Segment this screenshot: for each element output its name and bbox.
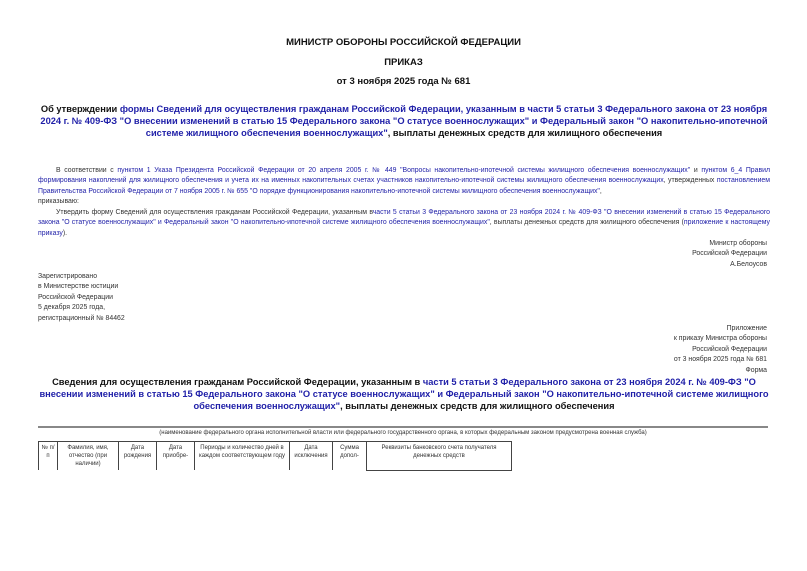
signature-line: Министр обороны xyxy=(692,239,767,249)
appendix-block: Приложение к приказу Министра обороны Ро… xyxy=(674,324,767,376)
signature-line: Российской Федерации xyxy=(692,249,767,259)
table-header-cell: Дата приобре- xyxy=(157,442,195,471)
appendix-line: Приложение xyxy=(674,324,767,334)
approve-text: , выплаты денежных средств для жилищного… xyxy=(490,219,684,226)
signature-block: Министр обороны Российской Федерации А.Б… xyxy=(692,239,767,270)
form-title: Сведения для осуществления гражданам Рос… xyxy=(30,376,778,412)
title-prefix: Об утверждении xyxy=(41,104,120,114)
registration-line: Российской Федерации xyxy=(38,293,125,303)
table-header-cell: Дата рождения xyxy=(119,442,157,471)
approve-text: Утвердить форму Сведений для осуществлен… xyxy=(56,209,373,216)
order-title: Об утверждении формы Сведений для осущес… xyxy=(30,103,778,139)
form-title-prefix: Сведения для осуществления гражданам Рос… xyxy=(52,377,423,387)
preamble-text: , утвержденных xyxy=(664,177,717,184)
table-header-cell: Дата исключения xyxy=(290,442,333,471)
order-word: приказываю: xyxy=(38,197,770,207)
preamble-text: , xyxy=(600,188,602,195)
title-suffix: , выплаты денежных средств для жилищного… xyxy=(388,128,662,138)
registration-block: Зарегистрировано в Министерстве юстиции … xyxy=(38,272,125,324)
preamble-paragraph: В соответствии с пунктом 1 Указа Президе… xyxy=(38,166,770,197)
registration-line: Зарегистрировано xyxy=(38,272,125,282)
signature-name: А.Белоусов xyxy=(692,260,767,270)
table-header-row: № п/п Фамилия, имя, отчество (при наличи… xyxy=(39,442,512,471)
org-name-line xyxy=(38,426,768,428)
preamble-text: В соответствии с xyxy=(56,167,117,174)
appendix-line: к приказу Министра обороны xyxy=(674,334,767,344)
doc-date-number: от 3 ноября 2025 года № 681 xyxy=(0,76,807,87)
preamble-text: и xyxy=(690,167,701,174)
ministry-heading: МИНИСТР ОБОРОНЫ РОССИЙСКОЙ ФЕДЕРАЦИИ xyxy=(0,37,807,48)
decree-449-link[interactable]: пунктом 1 Указа Президента Российской Фе… xyxy=(117,167,690,174)
approve-text: ). xyxy=(63,230,67,237)
org-name-caption: (наименование федерального органа исполн… xyxy=(38,430,768,436)
approve-paragraph: Утвердить форму Сведений для осуществлен… xyxy=(38,208,770,239)
table-header-cell: Периоды и количество дней в каждом соотв… xyxy=(195,442,290,471)
table-header-cell: № п/п xyxy=(39,442,58,471)
appendix-line: от 3 ноября 2025 года № 681 xyxy=(674,355,767,365)
form-label: Форма xyxy=(674,366,767,376)
registration-line: 5 декабря 2025 года, xyxy=(38,303,125,313)
table-header-cell: Реквизиты банковского счета получателя д… xyxy=(367,442,512,471)
table-header-cell: Сумма допол- xyxy=(333,442,367,471)
doc-type-heading: ПРИКАЗ xyxy=(0,57,807,68)
registration-line: в Министерстве юстиции xyxy=(38,282,125,292)
form-table: № п/п Фамилия, имя, отчество (при наличи… xyxy=(38,441,512,471)
appendix-line: Российской Федерации xyxy=(674,345,767,355)
table-header-cell: Фамилия, имя, отчество (при наличии) xyxy=(58,442,119,471)
registration-number: регистрационный № 84462 xyxy=(38,314,125,324)
form-title-suffix: , выплаты денежных средств для жилищного… xyxy=(340,401,614,411)
